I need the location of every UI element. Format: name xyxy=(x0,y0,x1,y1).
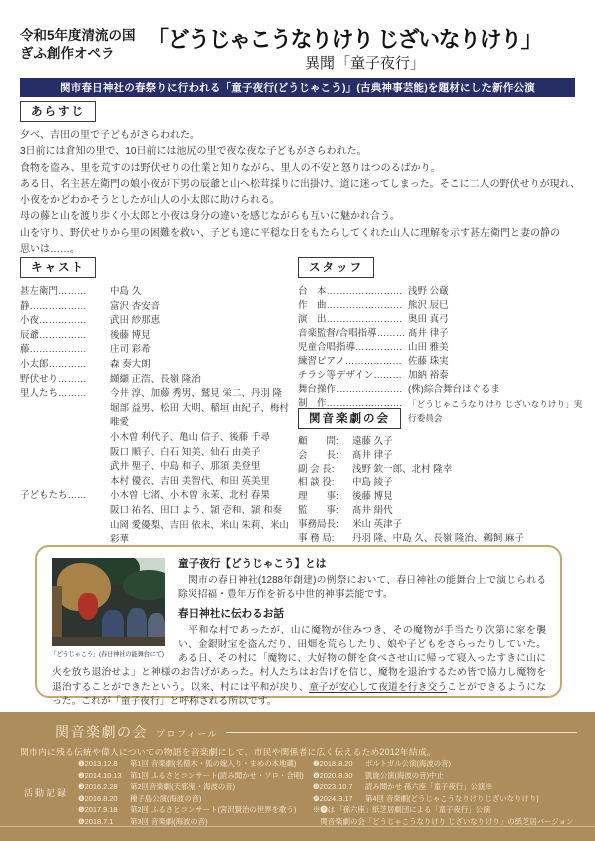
organization-role: 相 談 役: xyxy=(298,476,352,490)
record-text: ポルトガル公演(海波の音) xyxy=(365,758,451,770)
headline-banner: 関市春日神社の春祭りに行われる「童子夜行(どうじゃこう)」(古典神事芸能)を題材… xyxy=(20,78,575,97)
staff-names: 浅野 公蔵 xyxy=(408,285,449,299)
staff-row: 音楽監督/合唱指導……… 髙井 律子 xyxy=(298,327,588,341)
cast-label: キャスト xyxy=(20,257,96,278)
record-number-date: ❷2014.10.13 xyxy=(78,770,130,782)
cast-role: 子どもたち…… xyxy=(20,489,110,504)
cast-row: 静……………… 富沢 杏安音 xyxy=(20,300,298,315)
staff-names: 髙井 律子 xyxy=(408,327,449,341)
cast-names: 中島 久 xyxy=(110,285,141,300)
organization-names: 髙井 律子 xyxy=(352,449,393,463)
synopsis-line: 小夜をかどわかそうとしたが山人の小太郎に助けられる。 xyxy=(20,193,586,209)
staff-role: 練習ピアノ……………… xyxy=(298,355,408,369)
cast-names: 阪口 祐名、田口 よう、頴 壱和、頴 和奏 xyxy=(110,504,282,519)
photo-red-mask xyxy=(78,593,98,620)
cast-role: 辰爺…………… xyxy=(20,329,110,344)
organization-names: 浅野 欽一郎、北村 隆幸 xyxy=(352,463,452,477)
cast-row: 甚左衛門……… 中島 久 xyxy=(20,285,298,300)
organization-row: 理 事: 後藤 博見 xyxy=(298,490,588,504)
cast-names: 武田 紗那恵 xyxy=(110,314,160,329)
organization-role: 会 長: xyxy=(298,449,352,463)
cast-row: 阪口 順子、白石 知美、仙石 由美子 xyxy=(20,446,298,461)
organization-names: 丹羽 隆、中島 久、長嶺 隆治、鵜飼 麻子 xyxy=(352,532,524,546)
organization-names: 遠藤 久子 xyxy=(352,435,393,449)
record-text: 読み聞かせ 孫六座「童子夜行」公演※ xyxy=(365,781,493,793)
record-footnote: ※❾は「孫六座」紙芝居劇団による「童子夜行」公演 xyxy=(313,804,591,816)
record-text: 第2回音楽劇(天邪鬼・海波の音) xyxy=(130,781,235,793)
staff-label: スタッフ xyxy=(298,257,374,278)
cast-names: 富沢 杏安音 xyxy=(110,300,160,315)
staff-rows: 台 本…………………… 浅野 公蔵 作 曲…………………… 熊沢 辰巳 演 出…… xyxy=(298,285,588,425)
cast-role: 小太郎………… xyxy=(20,358,110,373)
activity-record: ❿2024.3.17 第4回 音楽劇(どうじゃこうなりけりじざいなりけり) xyxy=(313,793,591,805)
cast-role: 里人たち……… xyxy=(20,387,110,402)
cast-names: 本村 優衣、吉田 美智代、和田 英美里 xyxy=(110,475,270,490)
band-bottom-rule xyxy=(0,826,595,827)
cast-row: 本村 優衣、吉田 美智代、和田 英美里 xyxy=(20,475,298,490)
program-label: 令和5年度清流の国 ぎふ創作オペラ xyxy=(20,27,136,63)
cast-section: キャスト 甚左衛門……… 中島 久 静……………… 富沢 杏安音 小夜……………… xyxy=(20,257,298,548)
cast-names: 堀部 益男、松田 大明、稲垣 由紀子、梅村 唯愛 xyxy=(110,402,298,431)
organization-row: 副 会 長: 浅野 欽一郎、北村 隆幸 xyxy=(298,463,588,477)
synopsis-line: 食物を盗み、里を荒すのは野伏せりの仕業と知りながら、里人の不安と怒りはつのるばか… xyxy=(20,161,586,177)
organization-names: 中島 綾子 xyxy=(352,476,393,490)
organization-row: 顧 問: 遠藤 久子 xyxy=(298,435,588,449)
organization-role: 副 会 長: xyxy=(298,463,352,477)
record-text: 第1回 ふるさとコンサート(読み聞かせ・ソロ・合唱) xyxy=(130,770,304,782)
organization-row: 監 事: 髙井 絹代 xyxy=(298,504,588,518)
activity-record: ❶2013.12.8 第1回 音楽劇(名僧木・狐の嫁入り・まめの本地蔵) xyxy=(78,758,312,770)
cast-names: 今井 淳、加藤 秀男、鷲見 栄二、丹羽 隆 xyxy=(110,387,282,402)
staff-row: 台 本…………………… 浅野 公蔵 xyxy=(298,285,588,299)
cast-names: 森 奏大朗 xyxy=(110,358,151,373)
activity-records-right: ❼2018.8.20 ポルトガル公演(海波の音) ❽2020.8.30 凱旋公演… xyxy=(313,758,591,827)
synopsis-line: 山を守り、野伏せりから里の困難を救い、子ども達に平穏な日をもたらしてくれた山人に… xyxy=(20,226,586,242)
record-number-date: ❿2024.3.17 xyxy=(313,793,365,805)
activity-record: ❹2016.8.20 種子島公演(海波の音) xyxy=(78,793,312,805)
staff-names: 山田 雅美 xyxy=(408,341,449,355)
organization-row: 事務局長: 米山 英津子 xyxy=(298,518,588,532)
record-text: 第4回 音楽劇(どうじゃこうなりけりじざいなりけり) xyxy=(365,793,539,805)
staff-names: 奥田 真弓 xyxy=(408,313,449,327)
organization-section: 関音楽劇の会 顧 問: 遠藤 久子 会 長: 髙井 律子 副 会 長: 浅野 欽… xyxy=(298,408,588,545)
record-text: 種子島公演(海波の音) xyxy=(130,793,201,805)
performance-photo xyxy=(52,558,165,646)
organization-row: 相 談 役: 中島 綾子 xyxy=(298,476,588,490)
staff-row: 舞台操作………………… (株)綜合舞台はぐるま xyxy=(298,383,588,397)
cast-names: 阪口 順子、白石 知美、仙石 由美子 xyxy=(110,446,260,461)
cast-role xyxy=(20,519,110,548)
cast-role xyxy=(20,504,110,519)
record-text: 凱旋公演(海波の音)中止 xyxy=(365,770,444,782)
activity-record: ❸2016.2.28 第2回音楽劇(天邪鬼・海波の音) xyxy=(78,781,312,793)
activity-record: ❾2023.10.7 読み聞かせ 孫六座「童子夜行」公演※ xyxy=(313,781,591,793)
activity-record: ❺2017.9.18 第2回 ふるさとコンサート(宮沢賢治の世界を歌う) xyxy=(78,804,312,816)
staff-role: 台 本…………………… xyxy=(298,285,408,299)
staff-role: 児童合唱指導…………… xyxy=(298,341,408,355)
staff-names: 加納 裕泰 xyxy=(408,369,449,383)
legend-text-underlined: 童子が安心して夜道を行き交う xyxy=(309,682,447,693)
profile-heading-suffix: プロフィール xyxy=(156,727,218,740)
cast-names: 纐纈 正浩、長嶺 隆治 xyxy=(110,373,201,388)
organization-row: 事 務 局: 丹羽 隆、中島 久、長嶺 隆治、鵜飼 麻子 xyxy=(298,532,588,546)
photo-foliage xyxy=(123,570,165,600)
cast-row: 武井 聖子、中島 和子、那須 美登里 xyxy=(20,460,298,475)
cast-row: 子どもたち…… 小木曽 七渚、小木曽 永茉、北村 春果 xyxy=(20,489,298,504)
staff-row: 練習ピアノ……………… 佐藤 珠実 xyxy=(298,355,588,369)
synopsis-line: ある日、名主甚左衛門の娘小夜が下男の辰爺と山へ松茸採りに出掛け、道に迷ってしまっ… xyxy=(20,177,586,193)
cast-role: 野伏せり……… xyxy=(20,373,110,388)
activity-records-right-list: ❼2018.8.20 ポルトガル公演(海波の音) ❽2020.8.30 凱旋公演… xyxy=(313,758,591,804)
organization-role: 監 事: xyxy=(298,504,352,518)
cast-row: 小夜…………… 武田 紗那恵 xyxy=(20,314,298,329)
organization-rows: 顧 問: 遠藤 久子 会 長: 髙井 律子 副 会 長: 浅野 欽一郎、北村 隆… xyxy=(298,435,588,545)
cast-names: 庄司 彩希 xyxy=(110,343,151,358)
cast-names: 小木曽 七渚、小木曽 永茉、北村 春果 xyxy=(110,489,270,504)
organization-role: 事 務 局: xyxy=(298,532,352,546)
staff-names: (株)綜合舞台はぐるま xyxy=(408,383,500,397)
organization-names: 髙井 絹代 xyxy=(352,504,393,518)
staff-role: 演 出…………………… xyxy=(298,313,408,327)
record-footnotes: ※❾は「孫六座」紙芝居劇団による「童子夜行」公演 関音楽劇の会「どうじゃこうなり… xyxy=(313,804,591,827)
profile-heading-row: 関音楽劇の会 プロフィール xyxy=(55,722,577,742)
cast-role: 藤……………… xyxy=(20,343,110,358)
photo-figure: 「どうじゃこう」(春日神社の能舞台にて) xyxy=(52,558,166,662)
organization-names: 米山 英津子 xyxy=(352,518,402,532)
synopsis-label: あらすじ xyxy=(20,101,96,122)
staff-row: 作 曲…………………… 熊沢 辰巳 xyxy=(298,299,588,313)
cast-row: 野伏せり……… 纐纈 正浩、長嶺 隆治 xyxy=(20,373,298,388)
record-number-date: ❼2018.8.20 xyxy=(313,758,365,770)
cast-names: 山岡 愛優梨、吉田 依未、米山 朱莉、米山 彩華 xyxy=(110,519,298,548)
record-number-date: ❽2020.8.30 xyxy=(313,770,365,782)
staff-row: 演 出…………………… 奥田 真弓 xyxy=(298,313,588,327)
cast-role: 静……………… xyxy=(20,300,110,315)
cast-role xyxy=(20,402,110,431)
cast-row: 里人たち……… 今井 淳、加藤 秀男、鷲見 栄二、丹羽 隆 xyxy=(20,387,298,402)
record-text: 第1回 音楽劇(名僧木・狐の嫁入り・まめの本地蔵) xyxy=(130,758,296,770)
cast-row: 辰爺…………… 後藤 博見 xyxy=(20,329,298,344)
cast-row: 山岡 愛優梨、吉田 依未、米山 朱莉、米山 彩華 xyxy=(20,519,298,548)
cast-row: 堀部 益男、松田 大明、稲垣 由紀子、梅村 唯愛 xyxy=(20,402,298,431)
cast-row: 藤……………… 庄司 彩希 xyxy=(20,343,298,358)
photo-stage-floor xyxy=(52,637,165,646)
cast-rows: 甚左衛門……… 中島 久 静……………… 富沢 杏安音 小夜…………… 武田 紗… xyxy=(20,285,298,548)
cast-role xyxy=(20,446,110,461)
flyer-page: 令和5年度清流の国 ぎふ創作オペラ 「どうじゃこうなりけり じざいなりけり」 異… xyxy=(0,0,595,841)
cast-role: 小夜…………… xyxy=(20,314,110,329)
synopsis-line: 母の藤と山を渡り歩く小太郎と小夜は身分の違いを感じながらも互いに魅かれ合う。 xyxy=(20,209,586,225)
activity-records-label: 活動記録 xyxy=(24,786,68,799)
synopsis-line: 3日前には倉知の里で、10日前には池尻の里で夜な夜な子どもがさらわれた。 xyxy=(20,144,586,160)
activity-record: ❼2018.8.20 ポルトガル公演(海波の音) xyxy=(313,758,591,770)
synopsis-section: あらすじ 夕べ、吉田の里で子どもがさらわれた。3日前には倉知の里で、10日前には… xyxy=(20,101,586,258)
organization-row: 会 長: 髙井 律子 xyxy=(298,449,588,463)
cast-names: 後藤 博見 xyxy=(110,329,151,344)
record-number-date: ❾2023.10.7 xyxy=(313,781,365,793)
organization-label: 関音楽劇の会 xyxy=(298,408,401,429)
cast-role xyxy=(20,431,110,446)
cast-role: 甚左衛門……… xyxy=(20,285,110,300)
cast-row: 小木曽 利代子、亀山 信子、後藤 千尋 xyxy=(20,431,298,446)
profile-tagline: 関市内に残る伝統や偉人についての物語を音楽劇にして、市民や関係者に広く伝えるため… xyxy=(20,745,436,758)
record-number-date: ❶2013.12.8 xyxy=(78,758,130,770)
about-box: 「どうじゃこう」(春日神社の能舞台にて) 童子夜行【どうじゃこう】とは 関市の春… xyxy=(35,545,562,698)
staff-names: 佐藤 珠実 xyxy=(408,355,449,369)
heading-rule xyxy=(226,732,577,733)
page-subtitle: 異聞「童子夜行」 xyxy=(147,52,583,73)
organization-names: 後藤 博見 xyxy=(352,490,393,504)
activity-record: ❷2014.10.13 第1回 ふるさとコンサート(読み聞かせ・ソロ・合唱) xyxy=(78,770,312,782)
record-number-date: ❹2016.8.20 xyxy=(78,793,130,805)
cast-names: 武井 聖子、中島 和子、那須 美登里 xyxy=(110,460,260,475)
staff-role: 舞台操作………………… xyxy=(298,383,408,397)
staff-role: 音楽監督/合唱指導……… xyxy=(298,327,408,341)
activity-record: ❽2020.8.30 凱旋公演(海波の音)中止 xyxy=(313,770,591,782)
profile-band: 関音楽劇の会 プロフィール 関市内に残る伝統や偉人についての物語を音楽劇にして、… xyxy=(0,712,595,841)
synopsis-line: 夕べ、吉田の里で子どもがさらわれた。 xyxy=(20,128,586,144)
staff-section: スタッフ 台 本…………………… 浅野 公蔵 作 曲…………………… 熊沢 辰巳… xyxy=(298,257,588,425)
staff-row: 児童合唱指導…………… 山田 雅美 xyxy=(298,341,588,355)
record-number-date: ❸2016.2.28 xyxy=(78,781,130,793)
photo-caption: 「どうじゃこう」(春日神社の能舞台にて) xyxy=(48,648,166,662)
record-text: 第2回 ふるさとコンサート(宮沢賢治の世界を歌う) xyxy=(130,804,296,816)
organization-role: 理 事: xyxy=(298,490,352,504)
organization-role: 事務局長: xyxy=(298,518,352,532)
staff-role: チラシ等デザイン……… xyxy=(298,369,408,383)
cast-role xyxy=(20,460,110,475)
cast-row: 小太郎………… 森 奏大朗 xyxy=(20,358,298,373)
record-number-date: ❺2017.9.18 xyxy=(78,804,130,816)
cast-names: 小木曽 利代子、亀山 信子、後藤 千尋 xyxy=(110,431,270,446)
staff-row: チラシ等デザイン……… 加納 裕泰 xyxy=(298,369,588,383)
cast-row: 阪口 祐名、田口 よう、頴 壱和、頴 和奏 xyxy=(20,504,298,519)
organization-role: 顧 問: xyxy=(298,435,352,449)
synopsis-lines: 夕べ、吉田の里で子どもがさらわれた。3日前には倉知の里で、10日前には池尻の里で… xyxy=(20,128,586,258)
activity-records-left: ❶2013.12.8 第1回 音楽劇(名僧木・狐の嫁入り・まめの本地蔵) ❷20… xyxy=(78,758,312,827)
profile-heading: 関音楽劇の会 xyxy=(55,722,148,742)
page-title: 「どうじゃこうなりけり じざいなりけり」 xyxy=(147,23,583,54)
synopsis-line: 思いは……。 xyxy=(20,242,586,258)
cast-role xyxy=(20,475,110,490)
staff-role: 作 曲…………………… xyxy=(298,299,408,313)
staff-names: 熊沢 辰巳 xyxy=(408,299,449,313)
